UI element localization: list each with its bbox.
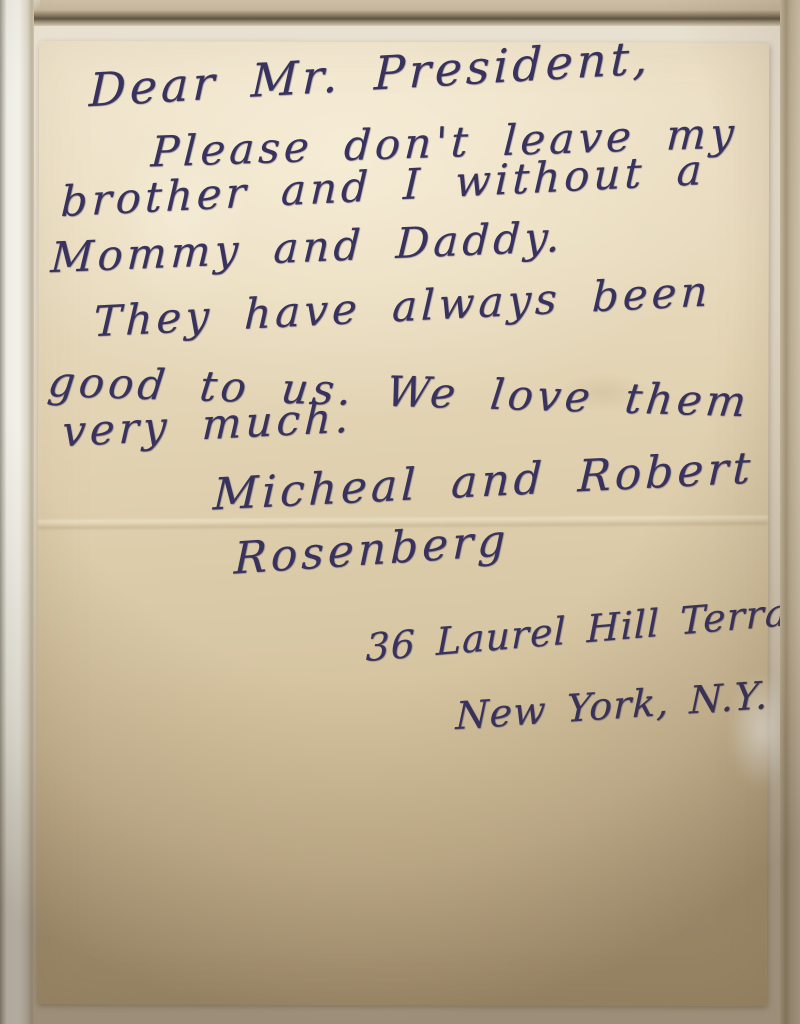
- letter-paper: Dear Mr. President, Please don't leave m…: [37, 41, 770, 1006]
- salutation-line: Dear Mr. President,: [88, 30, 652, 117]
- signature-line-1: Micheal and Robert: [212, 442, 755, 520]
- frame-right-molding: [780, 0, 800, 1024]
- address-line-2: New York, N.Y.: [455, 673, 769, 738]
- framed-letter-photo: Dear Mr. President, Please don't leave m…: [0, 0, 800, 1024]
- frame-top-molding: [0, 0, 800, 26]
- frame-left-molding: [0, 0, 34, 1024]
- address-line-1: 36 Laurel Hill Terrace: [366, 586, 800, 670]
